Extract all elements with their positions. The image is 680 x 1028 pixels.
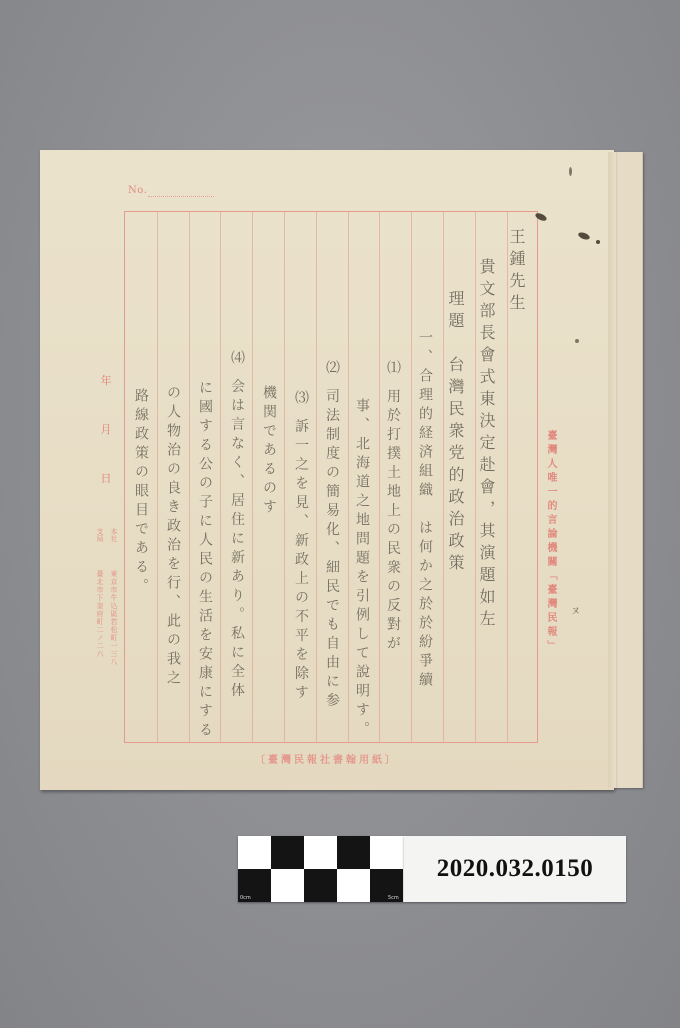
handwritten-column-10: ⑷ 会は言なく、居住に新あり。私に全体 xyxy=(230,350,244,701)
letterhead-footer: 〔臺灣民報社書翰用紙〕 xyxy=(255,751,398,766)
branch-office-label: 支局 xyxy=(96,528,103,542)
ink-stain xyxy=(596,240,600,244)
handwritten-column-13: 路線政策の眼目である。 xyxy=(134,388,148,597)
handwritten-column-2: 貴文部長會式東決定赴會，其演題如左 xyxy=(478,258,494,632)
column-rule xyxy=(316,212,317,742)
column-rule xyxy=(284,212,285,742)
ink-stain xyxy=(575,339,579,343)
column-rule xyxy=(220,212,221,742)
scale-square xyxy=(337,836,370,869)
scale-square xyxy=(304,869,337,902)
handwritten-column-9: 機関であるのす xyxy=(262,385,276,518)
margin-mark: ヌ xyxy=(571,604,580,617)
handwritten-column-12: の人物治の良き政治を行、此の我之 xyxy=(166,385,180,689)
handwritten-column-11: に國する公の子に人民の生活を安康にする xyxy=(198,380,212,741)
number-label: No. xyxy=(128,185,147,196)
head-office-address: 東京市牛込區若松町一三八 xyxy=(110,570,117,666)
column-rule xyxy=(252,212,253,742)
number-field-line xyxy=(148,196,214,197)
handwritten-column-4: 一、合理的経済組織 は何か之於於紛爭續 xyxy=(418,330,432,691)
ink-stain xyxy=(569,167,572,176)
column-rule xyxy=(157,212,158,742)
color-scale-bar: 0cm 5cm xyxy=(238,836,404,902)
scale-label-end: 5cm xyxy=(388,895,399,901)
handwritten-column-8: ⑶ 訴一之を見、新政上の不平を除す xyxy=(294,390,308,703)
column-rule xyxy=(443,212,444,742)
branch-office-address: 臺北市下奎府町二ノ二六 xyxy=(96,570,103,658)
handwritten-column-5: ⑴ 用於打撲土地上の民衆の反對が xyxy=(386,360,400,654)
scale-square xyxy=(271,836,304,869)
date-labels: 年 月 日 xyxy=(96,372,116,519)
head-office-label: 本社 xyxy=(110,528,117,542)
handwritten-column-6: 事、北海道之地問題を引例して說明す。 xyxy=(355,398,369,740)
date-year: 年 xyxy=(96,372,116,421)
column-rule xyxy=(379,212,380,742)
sheet-fold-edge xyxy=(608,152,616,788)
scale-label-start: 0cm xyxy=(240,895,251,901)
accession-tag: 2020.032.0150 xyxy=(404,836,626,902)
column-rule xyxy=(348,212,349,742)
column-rule xyxy=(475,212,476,742)
column-rule xyxy=(189,212,190,742)
column-rule xyxy=(411,212,412,742)
date-month: 月 xyxy=(96,421,116,470)
date-day: 日 xyxy=(96,470,116,519)
accession-number: 2020.032.0150 xyxy=(437,855,594,883)
handwritten-column-3: 理題 台灣民衆党的政治政策 xyxy=(447,290,463,576)
side-slogan: 臺灣人唯一的言論機關「臺灣民報」 xyxy=(543,430,558,654)
handwritten-column-1: 王鍾先生 xyxy=(508,228,524,316)
handwritten-column-7: ⑵ 司法制度の簡易化、細民でも自由に参 xyxy=(325,360,339,711)
